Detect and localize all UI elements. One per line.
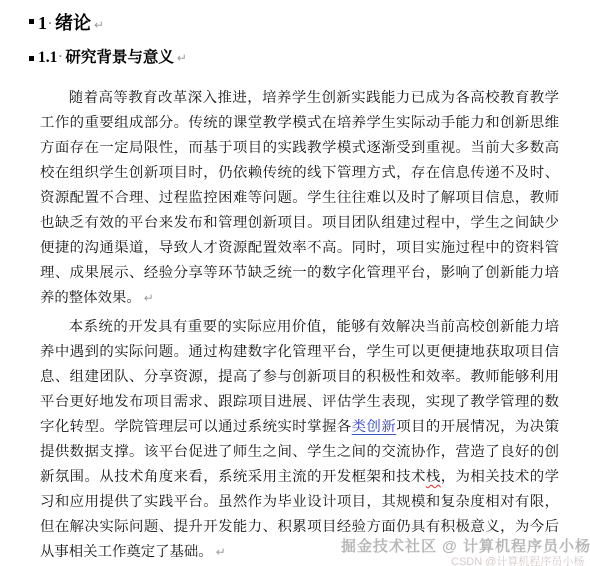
text-line: 平台更好地发布项目需求、跟踪项目进展、评估学生表现，实现了教学管理的数: [40, 390, 559, 415]
text-line: 养中遇到的实际问题。通过构建数字化管理平台，学生可以更便捷地获取项目信: [40, 340, 559, 365]
text-line: 习和应用提供了实践平台。虽然作为毕业设计项目，其规模和复杂度相对有限，: [40, 490, 559, 515]
spellcheck-text: 栈: [426, 469, 441, 485]
chapter-title: 绪论: [55, 13, 91, 33]
text-line: 新氛围。从技术角度来看，系统采用主流的开发框架和技术栈，为相关技术的学: [40, 465, 559, 490]
text-line: 养的整体效果。↵: [40, 286, 559, 311]
text-line: 工作的重要组成部分。传统的课堂教学模式在培养学生实际动手能力和创新思维: [40, 111, 559, 136]
text-line: 提供数据支撑。该平台促进了师生之间、学生之间的交流协作，营造了良好的创: [40, 440, 559, 465]
paragraph-mark-icon: ↵: [177, 51, 187, 65]
chapter-number: 1: [38, 13, 47, 33]
document-body-text[interactable]: 随着高等教育改革深入推进，培养学生创新实践能力已成为各高校教育教学工作的重要组成…: [40, 86, 559, 565]
text-line: 随着高等教育改革深入推进，培养学生创新实践能力已成为各高校教育教学: [40, 86, 559, 111]
document-page[interactable]: 1·绪论↵ 1.1·研究背景与意义↵ 随着高等教育改革深入推进，培养学生创新实践…: [0, 0, 590, 566]
text-segment: 便捷的沟通渠道，导致人才资源配置效率不高。同时，项目实施过程中的资料管: [40, 240, 559, 256]
text-segment: 工作的重要组成部分。传统的课堂教学模式在培养学生实际动手能力和创新思维: [40, 115, 559, 131]
text-segment: 新氛围。从技术角度来看，系统采用主流的开发框架和技术: [40, 469, 426, 485]
text-segment: 校在组织学生创新项目时，仍依赖传统的线下管理方式，存在信息传递不及时、: [40, 165, 559, 181]
text-segment: 平台更好地发布项目需求、跟踪项目进展、评估学生表现，实现了教学管理的数: [40, 394, 559, 410]
text-line: 本系统的开发具有重要的实际应用价值，能够有效解决当前高校创新能力培: [40, 315, 559, 340]
space-mark: ·: [58, 49, 62, 63]
space-mark: ·: [48, 16, 52, 30]
text-line: 字化转型。学院管理层可以通过系统实时掌握各类创新项目的开展情况，为决策: [40, 415, 559, 440]
text-line: 便捷的沟通渠道，导致人才资源配置效率不高。同时，项目实施过程中的资料管: [40, 236, 559, 261]
paragraph-mark-icon: ↵: [144, 291, 154, 305]
text-segment: 理、成果展示、经验分享等环节缺乏统一的数字化管理平台，影响了创新能力培: [40, 265, 559, 281]
outline-bullet-icon: [29, 56, 34, 61]
paragraph: 随着高等教育改革深入推进，培养学生创新实践能力已成为各高校教育教学工作的重要组成…: [40, 86, 559, 311]
text-segment: 习和应用提供了实践平台。虽然作为毕业设计项目，其规模和复杂度相对有限，: [40, 494, 559, 510]
watermark-csdn: CSDN @计算机程序员小杨: [451, 553, 584, 566]
text-segment: 从事相关工作奠定了基础。: [40, 544, 213, 560]
text-segment: ，为相关技术的学: [441, 469, 559, 485]
section-number: 1.1: [38, 49, 57, 66]
text-line: 也缺乏有效的平台来发布和管理创新项目。项目团队组建过程中，学生之间缺少: [40, 211, 559, 236]
text-segment: 提供数据支撑。该平台促进了师生之间、学生之间的交流协作，营造了良好的创: [40, 444, 559, 460]
text-segment: 息、组建团队、分享资源，提高了参与创新项目的积极性和效率。教师能够利用: [40, 369, 559, 385]
text-segment: 本系统的开发具有重要的实际应用价值，能够有效解决当前高校创新能力培: [69, 319, 559, 335]
text-segment: 项目的开展情况，为决策: [396, 419, 559, 435]
text-line: 方面存在一定局限性，而基于项目的实践教学模式逐渐受到重视。当前大多数高: [40, 136, 559, 161]
chapter-heading: 1·绪论↵: [29, 9, 104, 35]
text-segment: 但在解决实际问题、提升开发能力、积累项目经验方面仍具有积极意义，为今后: [40, 519, 559, 535]
paragraph-mark-icon: ↵: [94, 18, 104, 32]
section-title: 研究背景与意义: [65, 49, 174, 66]
paragraph-mark-icon: ↵: [216, 545, 226, 559]
text-line: 理、成果展示、经验分享等环节缺乏统一的数字化管理平台，影响了创新能力培: [40, 261, 559, 286]
text-line: 校在组织学生创新项目时，仍依赖传统的线下管理方式，存在信息传递不及时、: [40, 161, 559, 186]
paragraph: 本系统的开发具有重要的实际应用价值，能够有效解决当前高校创新能力培养中遇到的实际…: [40, 315, 559, 565]
text-segment: 方面存在一定局限性，而基于项目的实践教学模式逐渐受到重视。当前大多数高: [40, 140, 559, 156]
text-line: 息、组建团队、分享资源，提高了参与创新项目的积极性和效率。教师能够利用: [40, 365, 559, 390]
text-line: 资源配置不合理、过程监控困难等问题。学生往往难以及时了解项目信息，教师: [40, 186, 559, 211]
text-segment: 也缺乏有效的平台来发布和管理创新项目。项目团队组建过程中，学生之间缺少: [40, 215, 559, 231]
text-segment: 养的整体效果。: [40, 290, 141, 306]
text-segment: 字化转型。学院管理层可以通过系统实时掌握各: [40, 419, 352, 435]
text-segment: 养中遇到的实际问题。通过构建数字化管理平台，学生可以更便捷地获取项目信: [40, 344, 559, 360]
inserted-text: 类创新: [352, 419, 397, 435]
text-segment: 资源配置不合理、过程监控困难等问题。学生往往难以及时了解项目信息，教师: [40, 190, 559, 206]
text-segment: 随着高等教育改革深入推进，培养学生创新实践能力已成为各高校教育教学: [69, 90, 559, 106]
section-heading: 1.1·研究背景与意义↵: [29, 45, 187, 67]
outline-bullet-icon: [29, 19, 34, 24]
